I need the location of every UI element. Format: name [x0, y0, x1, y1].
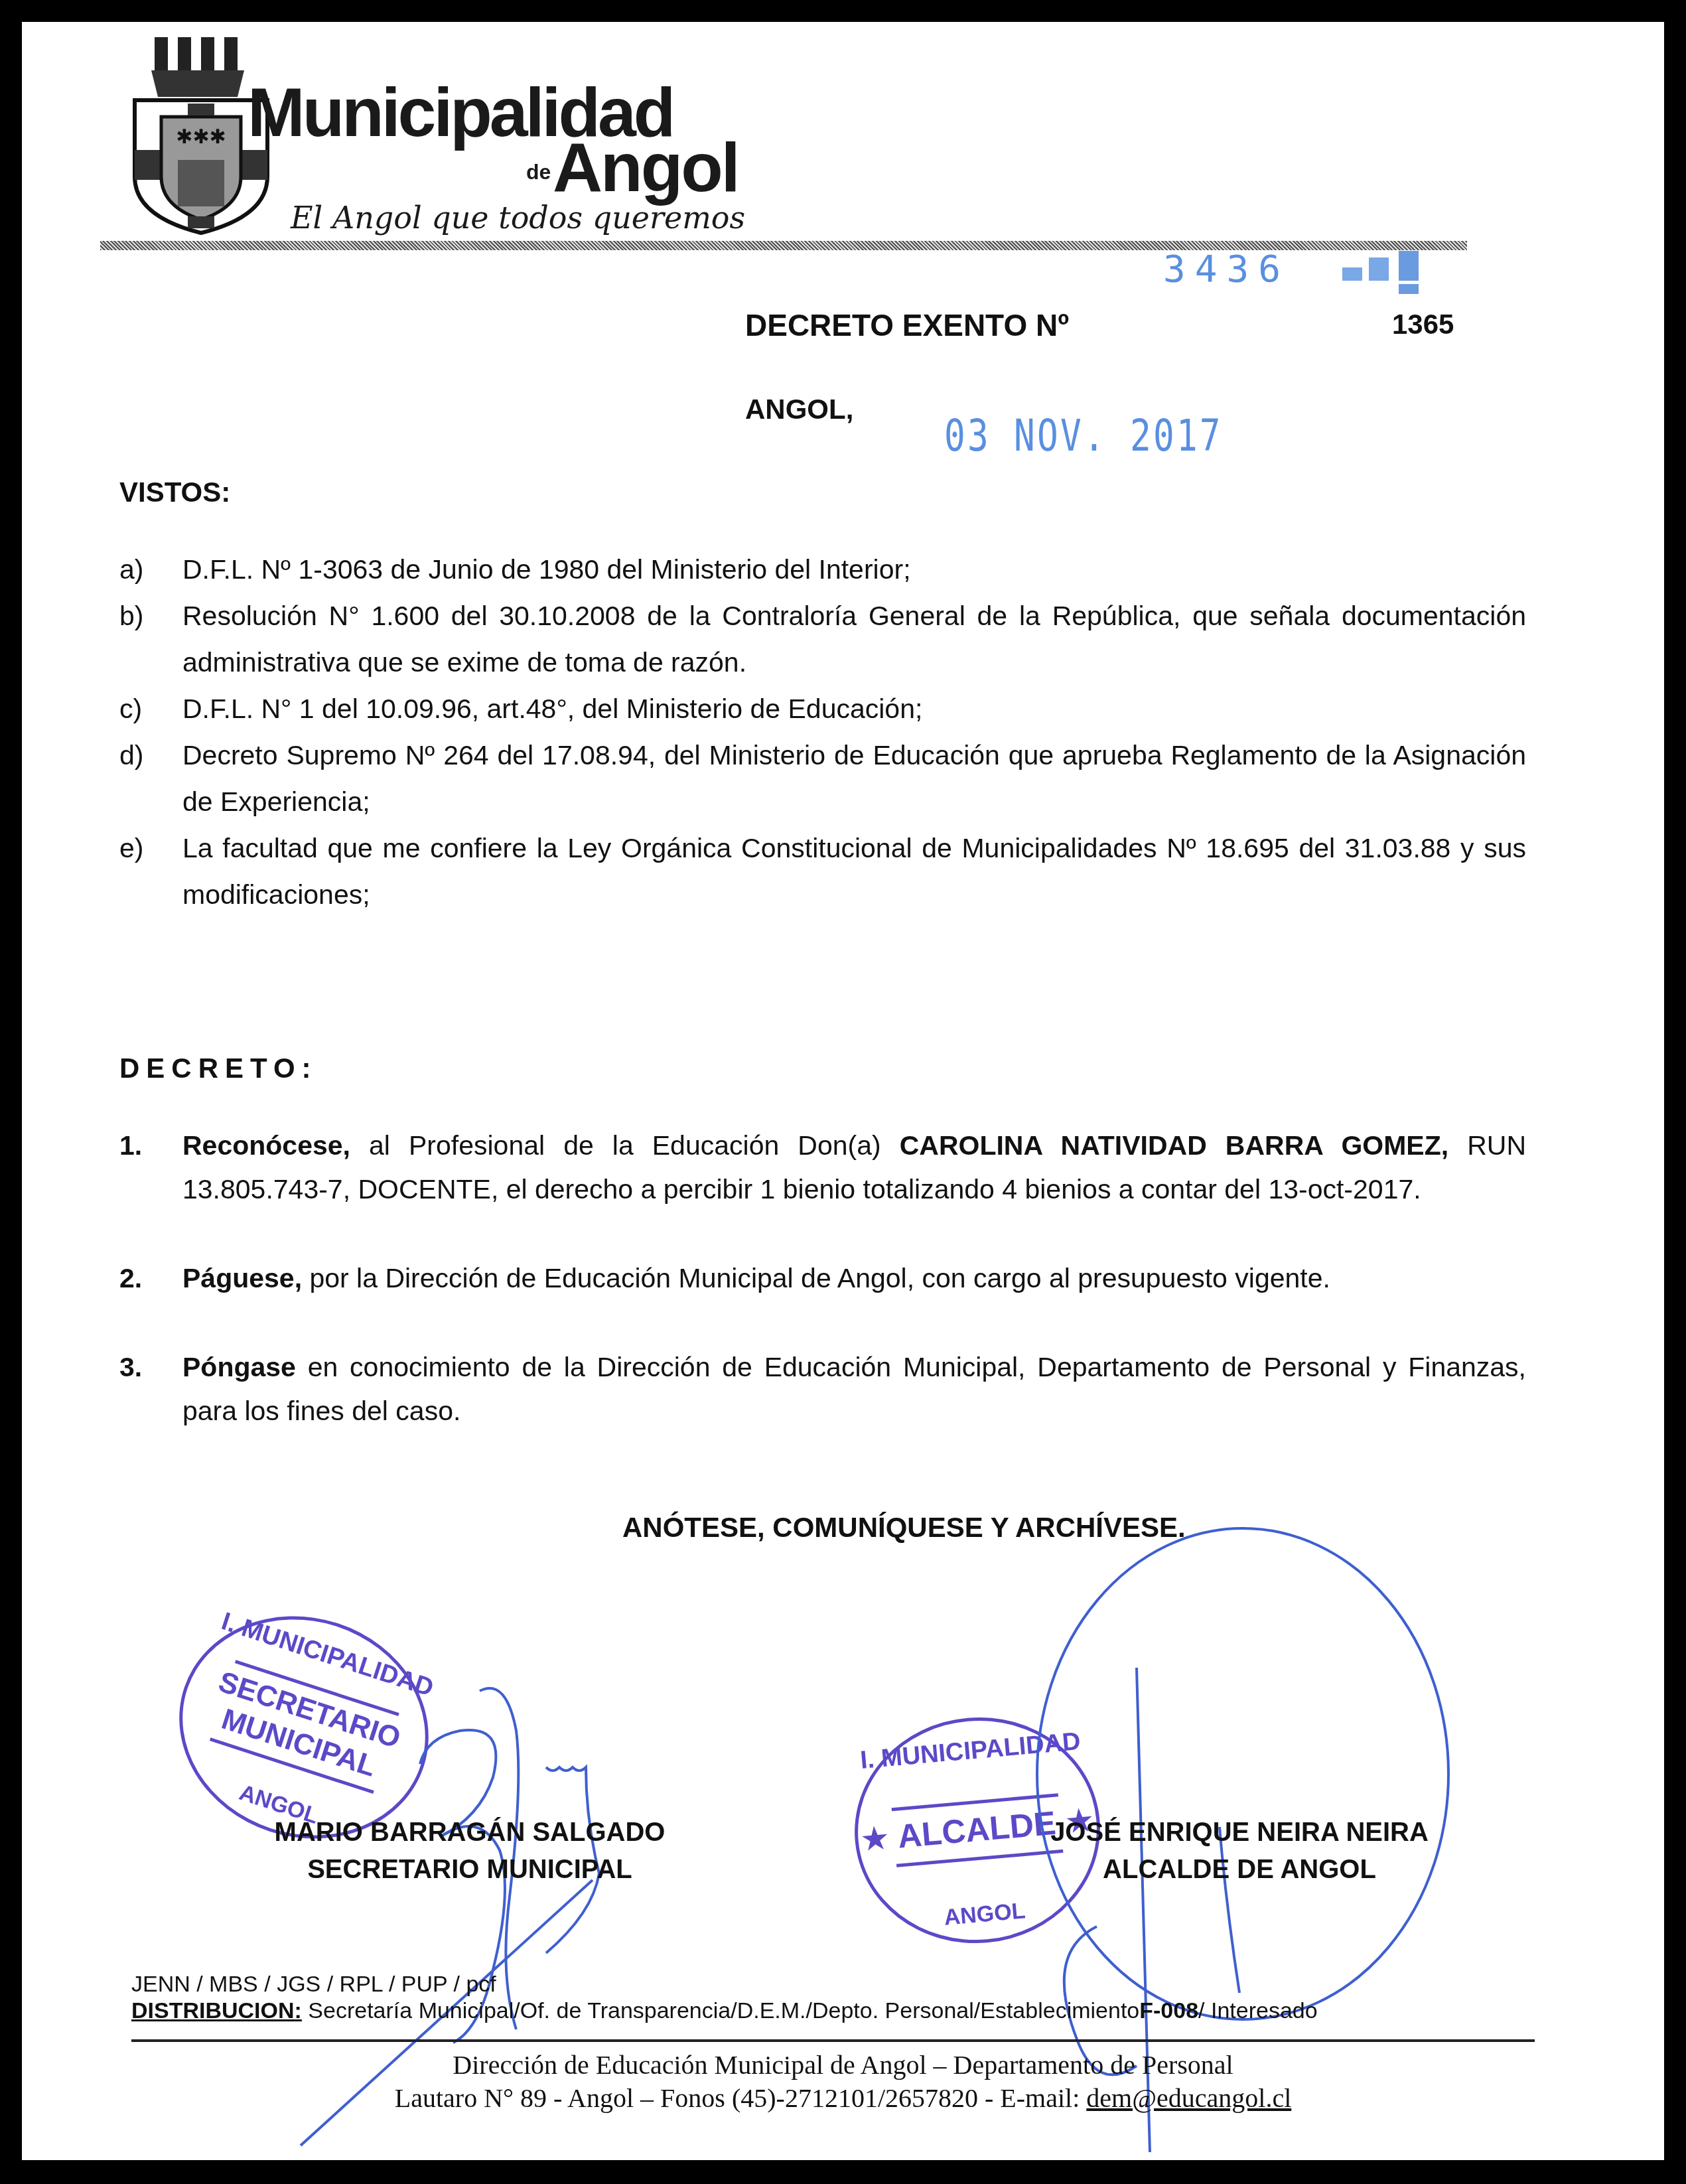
vistos-item: e)La facultad que me confiere la Ley Org…: [119, 825, 1526, 918]
receipt-stamp-number: 3436: [1163, 248, 1290, 291]
item-label: c): [119, 686, 182, 732]
vistos-item: d)Decreto Supremo Nº 264 del 17.08.94, d…: [119, 732, 1526, 825]
footer-address: Lautaro N° 89 - Angol – Fonos (45)-27121…: [395, 2083, 1087, 2113]
item-number: 3.: [119, 1345, 182, 1433]
decree-title: DECRETO EXENTO Nº: [745, 307, 1069, 343]
decreto-item: 3. Póngase en conocimiento de la Direcci…: [119, 1345, 1526, 1433]
seal-bottom-text: ANGOL: [865, 1891, 1105, 1938]
signer-name: JOSÉ ENRIQUE NEIRA NEIRA: [1034, 1814, 1445, 1851]
distribution: DISTRIBUCION: Secretaría Municipal/Of. d…: [131, 1998, 1318, 2024]
item-rest: en conocimiento de la Dirección de Educa…: [182, 1352, 1526, 1426]
footer-department: Dirección de Educación Municipal de Ango…: [22, 2049, 1664, 2080]
footer-contact: Lautaro N° 89 - Angol – Fonos (45)-27121…: [22, 2082, 1664, 2114]
item-pre: al Profesional de la Educación Don(a): [350, 1130, 900, 1161]
item-text: Páguese, por la Dirección de Educación M…: [182, 1256, 1526, 1300]
vistos-heading: VISTOS:: [119, 476, 230, 508]
email-link[interactable]: dem@educangol.cl: [1086, 2083, 1291, 2113]
vistos-item: a)D.F.L. Nº 1-3063 de Junio de 1980 del …: [119, 546, 1526, 593]
item-lead: Póngase: [182, 1352, 296, 1382]
decreto-heading: DECRETO:: [119, 1053, 318, 1084]
distribution-text: Secretaría Municipal/Of. de Transparenci…: [302, 1998, 1139, 2023]
document-page: ✱✱✱ Municipalidad de Angol El Angol que …: [22, 22, 1664, 2160]
brand-de: de: [526, 160, 551, 184]
beneficiary-name: CAROLINA NATIVIDAD BARRA GOMEZ,: [900, 1130, 1448, 1161]
footer-rule: [131, 2039, 1535, 2042]
item-text: Reconócese, al Profesional de la Educaci…: [182, 1124, 1526, 1211]
item-label: a): [119, 546, 182, 593]
closing-formula: ANÓTESE, COMUNÍQUESE Y ARCHÍVESE.: [622, 1512, 1186, 1544]
decreto-list: 1. Reconócese, al Profesional de la Educ…: [119, 1124, 1526, 1478]
item-text: Póngase en conocimiento de la Dirección …: [182, 1345, 1526, 1433]
distribution-tail: / Interesado: [1198, 1998, 1318, 2023]
item-rest: por la Dirección de Educación Municipal …: [302, 1263, 1330, 1293]
item-label: e): [119, 825, 182, 918]
svg-text:✱✱✱: ✱✱✱: [176, 126, 226, 148]
signer-alcalde: JOSÉ ENRIQUE NEIRA NEIRA ALCALDE DE ANGO…: [1034, 1814, 1445, 1888]
item-text: D.F.L. Nº 1-3063 de Junio de 1980 del Mi…: [182, 546, 1526, 593]
vistos-item: b)Resolución N° 1.600 del 30.10.2008 de …: [119, 593, 1526, 686]
distribution-label: DISTRIBUCION:: [131, 1998, 302, 2023]
date-stamp: 03 NOV. 2017: [944, 410, 1223, 461]
receipt-stamp-mark-icon: [1342, 251, 1422, 297]
signer-name: MARIO BARRAGÁN SALGADO: [251, 1814, 689, 1851]
item-number: 2.: [119, 1256, 182, 1300]
brand-angol: Angol: [553, 133, 738, 202]
decree-city: ANGOL,: [745, 394, 853, 425]
item-number: 1.: [119, 1124, 182, 1211]
item-label: b): [119, 593, 182, 686]
vistos-item: c)D.F.L. N° 1 del 10.09.96, art.48°, del…: [119, 686, 1526, 732]
item-lead: Reconócese,: [182, 1130, 350, 1161]
seal-top-text: I. MUNICIPALIDAD: [850, 1727, 1090, 1776]
signer-role: ALCALDE DE ANGOL: [1034, 1851, 1445, 1888]
signer-secretario: MARIO BARRAGÁN SALGADO SECRETARIO MUNICI…: [251, 1814, 689, 1888]
vistos-list: a)D.F.L. Nº 1-3063 de Junio de 1980 del …: [119, 546, 1526, 918]
signer-role: SECRETARIO MUNICIPAL: [251, 1851, 689, 1888]
item-text: Decreto Supremo Nº 264 del 17.08.94, del…: [182, 732, 1526, 825]
item-label: d): [119, 732, 182, 825]
item-text: Resolución N° 1.600 del 30.10.2008 de la…: [182, 593, 1526, 686]
distribution-code: F-008: [1139, 1998, 1198, 2023]
decreto-item: 2. Páguese, por la Dirección de Educació…: [119, 1256, 1526, 1300]
initials: JENN / MBS / JGS / RPL / PUP / pcf: [131, 1972, 496, 1998]
decree-number: 1365: [1392, 309, 1454, 340]
item-text: La facultad que me confiere la Ley Orgán…: [182, 825, 1526, 918]
item-lead: Páguese,: [182, 1263, 302, 1293]
brand-tagline: El Angol que todos queremos: [291, 200, 745, 236]
item-text: D.F.L. N° 1 del 10.09.96, art.48°, del M…: [182, 686, 1526, 732]
decreto-item: 1. Reconócese, al Profesional de la Educ…: [119, 1124, 1526, 1211]
